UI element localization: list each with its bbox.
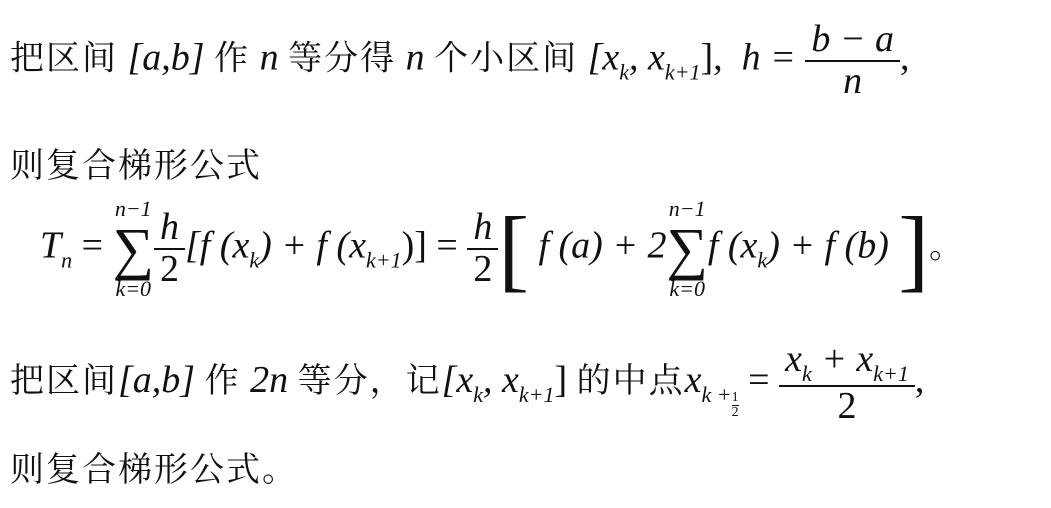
math: ) + f (x: [259, 225, 366, 267]
line-1: 把区间 [a,b] 作 n 等分得 n 个小区间 [xk, xk+1], h =…: [10, 20, 909, 102]
text: 个小区间: [434, 39, 578, 79]
math: x: [785, 338, 802, 380]
numerator: xk + xk+1: [779, 340, 915, 387]
sigma-icon: ∑: [113, 220, 154, 278]
denominator: 2: [732, 406, 739, 420]
math: ) + f (b): [767, 225, 889, 267]
text: 等分得: [288, 39, 396, 79]
subscript: n: [61, 248, 72, 273]
math: )] =: [402, 225, 458, 267]
line-4: 把区间[a,b] 作 2n 等分，记[xk, xk+1] 的中点xk +12 =…: [10, 340, 924, 427]
lower-limit: k=0: [666, 278, 707, 300]
subscript: k+1: [519, 382, 555, 407]
bracket: [: [498, 198, 529, 300]
math: [x: [588, 37, 620, 79]
numerator: h: [467, 208, 498, 250]
text: 等分，记: [298, 361, 442, 401]
math: [x: [442, 359, 474, 401]
punct: ,: [915, 359, 925, 401]
math: 2n: [250, 359, 288, 401]
math: =: [748, 359, 769, 401]
math: T: [40, 225, 61, 267]
subscript: k: [473, 382, 483, 407]
summation: n−1∑k=0: [666, 198, 707, 300]
var-n: n: [406, 37, 425, 79]
punct: ,: [900, 37, 910, 79]
trapezoid-formula: Tn = n−1∑k=0h2[f (xk) + f (xk+1)] = h2[ …: [40, 198, 965, 300]
punct: 。: [929, 227, 965, 267]
midpoint-fraction: xk + xk+12: [779, 340, 915, 427]
text: 把区间: [10, 39, 118, 79]
numerator: b − a: [805, 20, 900, 62]
interval: [a,b]: [118, 359, 195, 401]
subscript-text: k +: [702, 382, 732, 407]
bracket: ]: [898, 198, 929, 300]
subscript: k: [757, 248, 767, 273]
denominator: 2: [154, 250, 185, 290]
numerator: h: [154, 208, 185, 250]
h-definition: h =: [742, 37, 796, 79]
denominator: n: [805, 62, 900, 102]
interval: [a,b]: [128, 37, 205, 79]
subscript: k +12: [702, 382, 739, 407]
math: , x: [629, 37, 665, 79]
numerator: 1: [732, 391, 739, 406]
math: + x: [812, 338, 874, 380]
denominator: 2: [779, 387, 915, 427]
text: 作: [205, 361, 241, 401]
fraction: h2: [467, 208, 498, 290]
subscript: k: [249, 248, 259, 273]
subscript: k: [619, 60, 629, 85]
math: =: [82, 225, 103, 267]
text: 的中点: [577, 361, 685, 401]
math: [f (x: [185, 225, 249, 267]
math: f (x: [708, 225, 758, 267]
summation: n−1∑k=0: [113, 198, 154, 300]
fraction: h2: [154, 208, 185, 290]
math: f (a) + 2: [538, 225, 666, 267]
lower-limit: k=0: [113, 278, 154, 300]
sigma-icon: ∑: [666, 220, 707, 278]
line-2: 则复合梯形公式: [10, 138, 262, 187]
math: ],: [701, 37, 723, 79]
text: 作: [214, 39, 250, 79]
h-fraction: b − an: [805, 20, 900, 102]
subscript: k+1: [366, 248, 402, 273]
text: 把区间: [10, 361, 118, 401]
math: x: [685, 359, 702, 401]
subscript: k: [802, 361, 812, 386]
line-5: 则复合梯形公式。: [10, 442, 298, 491]
subscript: k+1: [873, 361, 909, 386]
math: , x: [483, 359, 519, 401]
half-fraction: 12: [732, 391, 739, 420]
denominator: 2: [467, 250, 498, 290]
math: ]: [555, 359, 568, 401]
subscript: k+1: [665, 60, 701, 85]
var-n: n: [260, 37, 279, 79]
